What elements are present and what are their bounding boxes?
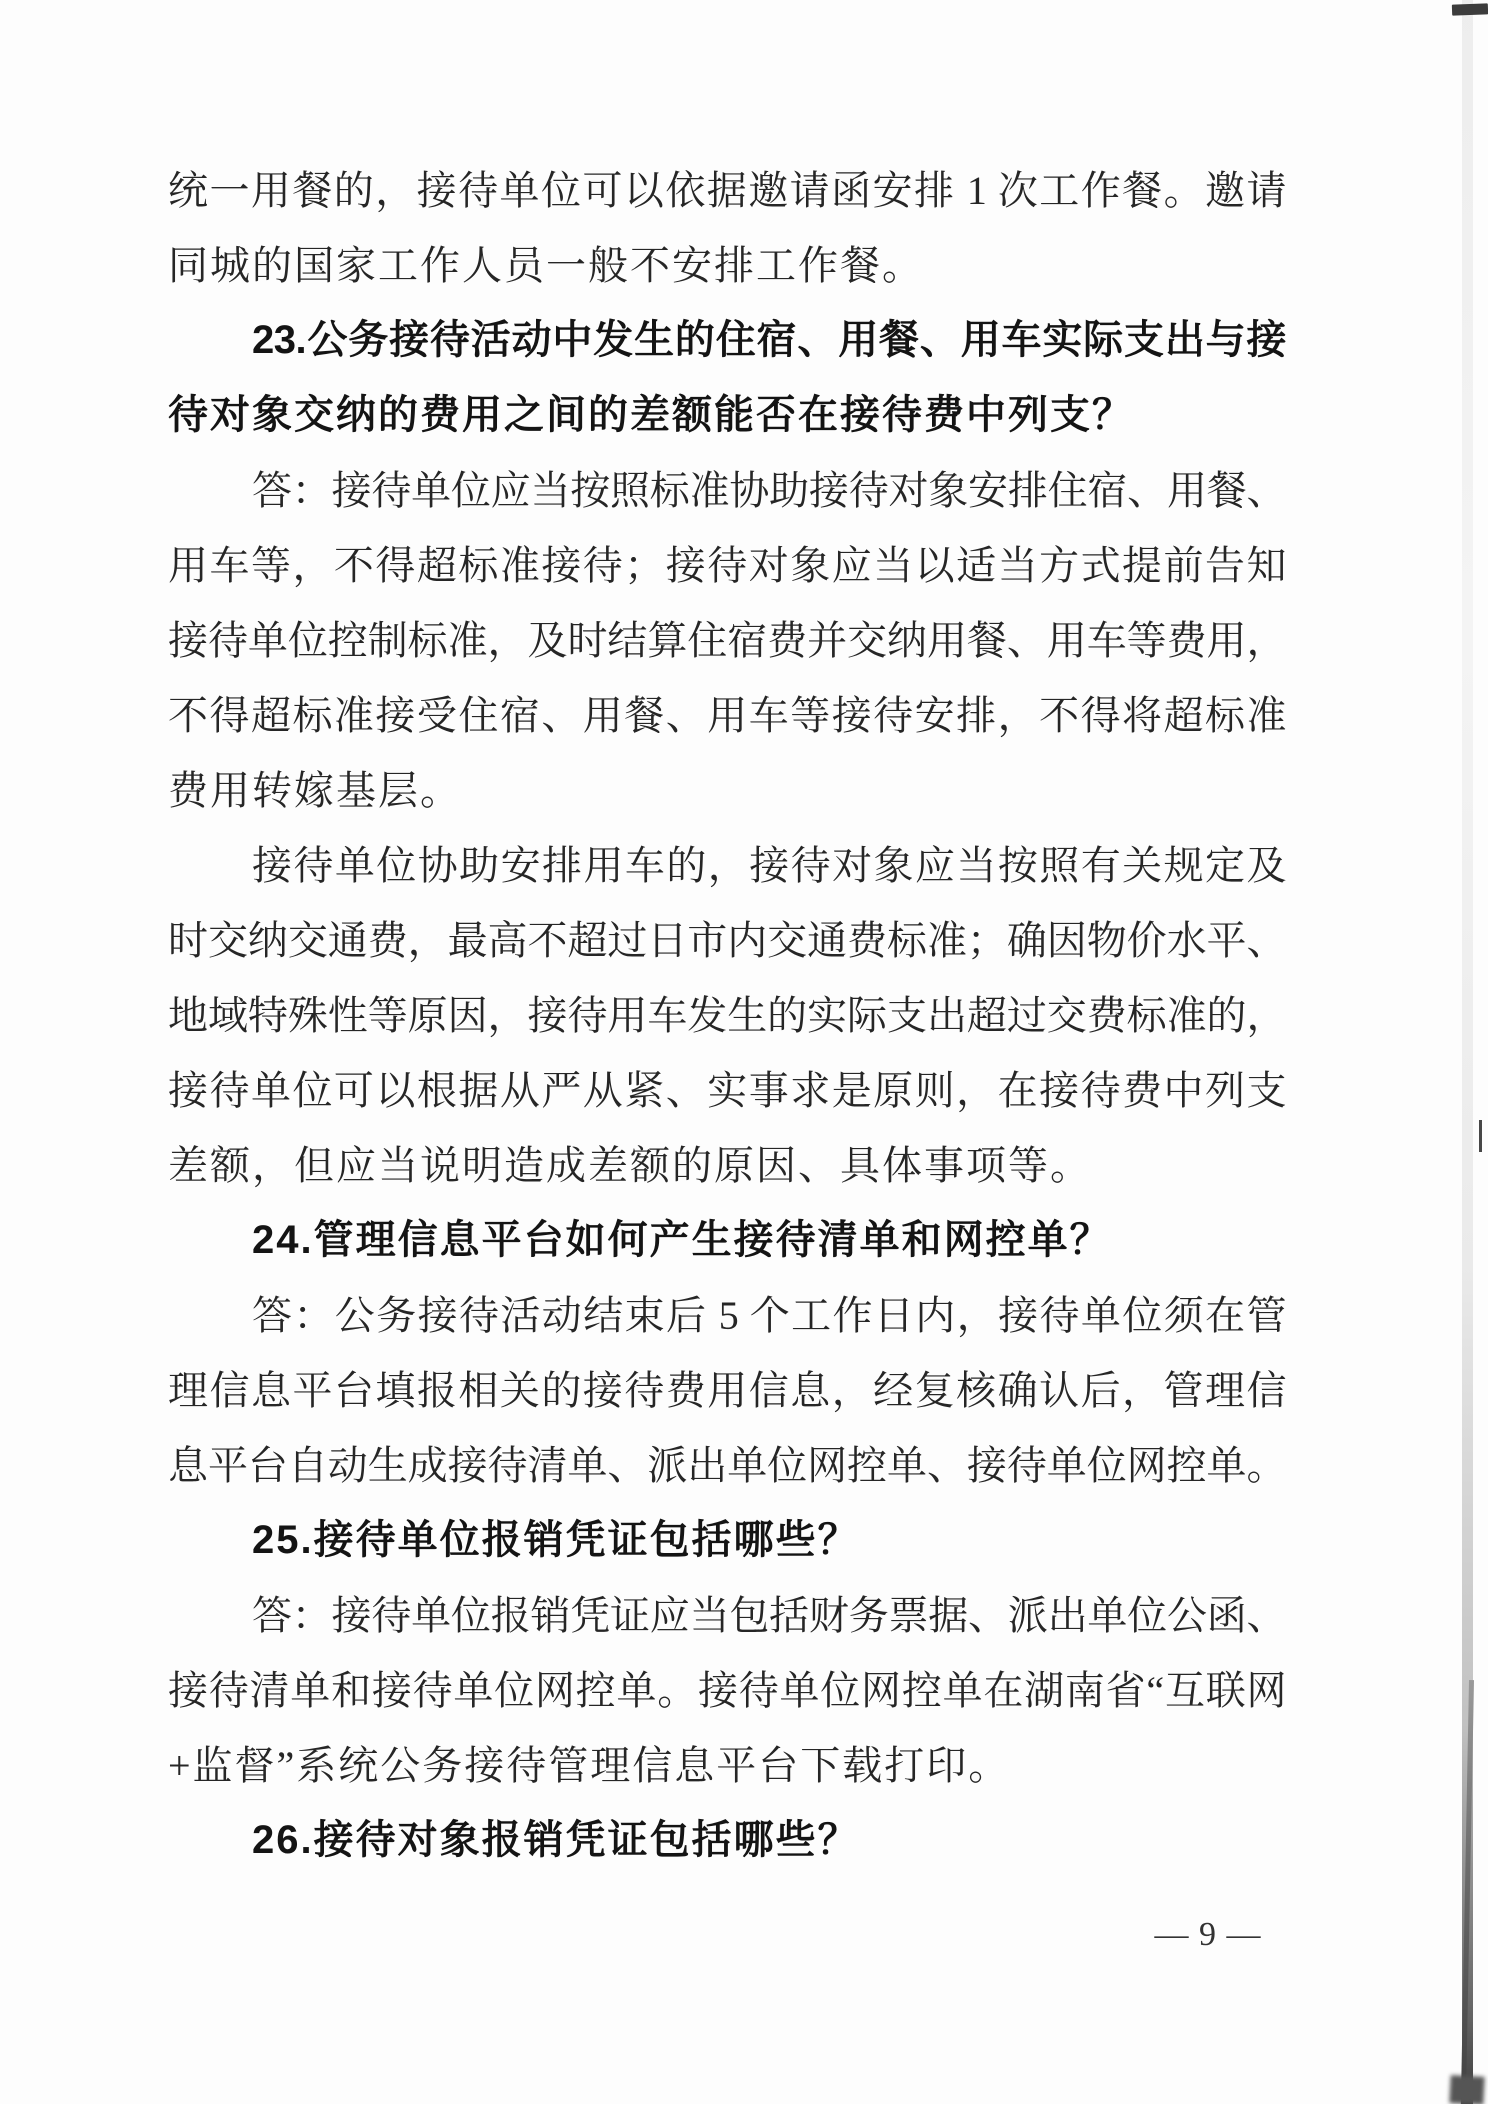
question-26-heading: 26.接待对象报销凭证包括哪些？ — [168, 1803, 1286, 1878]
question-25-heading: 25.接待单位报销凭证包括哪些？ — [168, 1503, 1286, 1578]
answer-23-paragraph-2-line: 地域特殊性等原因，接待用车发生的实际支出超过交费标准的， — [168, 978, 1286, 1053]
body-line: 统一用餐的，接待单位可以依据邀请函安排 1 次工作餐。邀请 — [168, 153, 1286, 228]
answer-23-line: 接待单位控制标准，及时结算住宿费并交纳用餐、用车等费用， — [168, 603, 1286, 678]
answer-23-line: 用车等，不得超标准接待；接待对象应当以适当方式提前告知 — [168, 528, 1286, 603]
answer-24-line: 答：公务接待活动结束后 5 个工作日内，接待单位须在管 — [168, 1278, 1286, 1353]
body-line: 同城的国家工作人员一般不安排工作餐。 — [168, 228, 1286, 303]
answer-24-line: 理信息平台填报相关的接待费用信息，经复核确认后，管理信 — [168, 1353, 1286, 1428]
scan-edge-dash — [1479, 1120, 1482, 1152]
scan-corner-mark-top — [1452, 3, 1488, 15]
answer-23-line: 不得超标准接受住宿、用餐、用车等接待安排，不得将超标准 — [168, 678, 1286, 753]
answer-23-paragraph-2-line: 接待单位可以根据从严从紧、实事求是原则，在接待费中列支 — [168, 1053, 1286, 1128]
question-24-heading: 24.管理信息平台如何产生接待清单和网控单？ — [168, 1203, 1286, 1278]
answer-25-line: +监督”系统公务接待管理信息平台下载打印。 — [168, 1728, 1286, 1803]
answer-25-line: 接待清单和接待单位网控单。接待单位网控单在湖南省“互联网 — [168, 1653, 1286, 1728]
document-text-block: 统一用餐的，接待单位可以依据邀请函安排 1 次工作餐。邀请 同城的国家工作人员一… — [168, 153, 1286, 1878]
answer-25-line: 答：接待单位报销凭证应当包括财务票据、派出单位公函、 — [168, 1578, 1286, 1653]
question-23-heading-line-2: 待对象交纳的费用之间的差额能否在接待费中列支？ — [168, 378, 1286, 453]
question-23-heading-line-1: 23.公务接待活动中发生的住宿、用餐、用车实际支出与接 — [168, 303, 1286, 378]
page-number: — 9 — — [1128, 1916, 1288, 1954]
answer-23-line: 答：接待单位应当按照标准协助接待对象安排住宿、用餐、 — [168, 453, 1286, 528]
answer-24-line: 息平台自动生成接待清单、派出单位网控单、接待单位网控单。 — [168, 1428, 1286, 1503]
scan-corner-blob-bottom — [1449, 2075, 1484, 2104]
answer-23-paragraph-2-line: 差额，但应当说明造成差额的原因、具体事项等。 — [168, 1128, 1286, 1203]
answer-23-line: 费用转嫁基层。 — [168, 753, 1286, 828]
answer-23-paragraph-2-line: 时交纳交通费，最高不超过日市内交通费标准；确因物价水平、 — [168, 903, 1286, 978]
answer-23-paragraph-2-line: 接待单位协助安排用车的，接待对象应当按照有关规定及 — [168, 828, 1286, 903]
document-page: 统一用餐的，接待单位可以依据邀请函安排 1 次工作餐。邀请 同城的国家工作人员一… — [0, 0, 1488, 2104]
